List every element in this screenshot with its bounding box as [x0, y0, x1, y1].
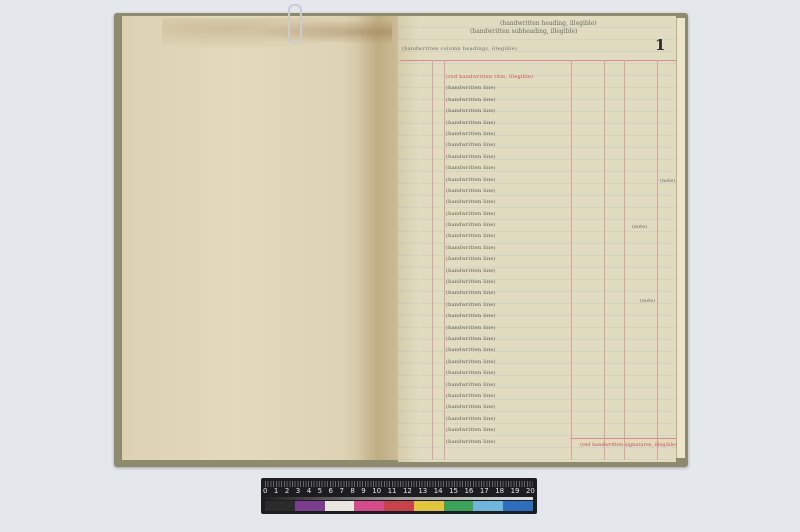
page-heading: (handwritten heading, illegible): [500, 20, 597, 27]
ruler-label: 15: [449, 487, 458, 495]
left-page: [122, 16, 398, 460]
page-subheading: (handwritten subheading, illegible): [470, 28, 577, 35]
paper-clip-icon: [288, 4, 302, 44]
column-rule: [624, 60, 625, 460]
entry-line: (handwritten line): [446, 437, 570, 448]
entry-line: (handwritten line): [446, 391, 570, 402]
gray-scale-strip: [265, 497, 533, 500]
entry-line: (handwritten line): [446, 311, 570, 322]
color-swatch: [354, 501, 384, 511]
entry-line: (handwritten line): [446, 186, 570, 197]
entry-line: (handwritten line): [446, 402, 570, 413]
color-swatches: [265, 501, 533, 511]
entry-line: (handwritten line): [446, 152, 570, 163]
page-edges: [676, 18, 685, 458]
ruler-label: 4: [307, 487, 311, 495]
entry-line: (handwritten line): [446, 380, 570, 391]
entry-line: (handwritten line): [446, 345, 570, 356]
entry-line: (handwritten line): [446, 220, 570, 231]
column-rule: [444, 60, 445, 460]
ruler-label: 13: [418, 487, 427, 495]
ruler-label: 19: [511, 487, 520, 495]
color-swatch: [325, 501, 355, 511]
ruler-label: 10: [372, 487, 381, 495]
ruler-label: 17: [480, 487, 489, 495]
column-rule: [571, 60, 572, 460]
gutter-stain: [358, 16, 398, 460]
margin-note: (note): [632, 224, 647, 230]
ruler-label: 2: [285, 487, 289, 495]
ruler-label: 8: [350, 487, 354, 495]
entry-line: (handwritten line): [446, 209, 570, 220]
color-swatch: [384, 501, 414, 511]
color-swatch: [265, 501, 295, 511]
color-scale-ruler: 0 1 2 3 4 5 6 7 8 9 10 11 12 13 14 15 16…: [261, 478, 537, 514]
ruler-label: 11: [388, 487, 397, 495]
column-rule: [657, 60, 658, 460]
entry-line: (handwritten line): [446, 106, 570, 117]
ruler-label: 1: [274, 487, 278, 495]
entry-line: (handwritten line): [446, 231, 570, 242]
ruler-label: 5: [318, 487, 322, 495]
ruler-label: 18: [495, 487, 504, 495]
entry-line: (handwritten line): [446, 277, 570, 288]
entry-line: (handwritten line): [446, 243, 570, 254]
ruler-label: 3: [296, 487, 300, 495]
ruler-label: 12: [403, 487, 412, 495]
margin-note: (note): [640, 298, 655, 304]
color-swatch: [503, 501, 533, 511]
entry-line: (handwritten line): [446, 118, 570, 129]
color-swatch: [414, 501, 444, 511]
ruler-label: 14: [434, 487, 443, 495]
margin-note: (note): [660, 178, 675, 184]
header-rule: [400, 60, 676, 61]
entry-line: (handwritten line): [446, 175, 570, 186]
ruler-label: 16: [464, 487, 473, 495]
ruler-label: 20: [526, 487, 535, 495]
color-swatch: [444, 501, 474, 511]
entry-line: (handwritten line): [446, 288, 570, 299]
column-rule: [432, 60, 433, 460]
entry-line: (handwritten line): [446, 323, 570, 334]
footer-rule: [570, 438, 676, 439]
entry-line: (handwritten line): [446, 334, 570, 345]
entry-line: (handwritten line): [446, 254, 570, 265]
entry-title: (red handwritten title, illegible): [446, 72, 570, 83]
column-headers: (handwritten column headings, illegible): [402, 46, 672, 52]
ruler-label: 0: [263, 487, 267, 495]
entry-line: (handwritten line): [446, 95, 570, 106]
ruler-labels: 0 1 2 3 4 5 6 7 8 9 10 11 12 13 14 15 16…: [263, 487, 535, 495]
color-swatch: [295, 501, 325, 511]
entry-line: (handwritten line): [446, 163, 570, 174]
footer-signatures: (red handwritten signatures, illegible): [580, 442, 677, 448]
entry-line: (handwritten line): [446, 140, 570, 151]
column-rule: [604, 60, 605, 460]
entry-line: (handwritten line): [446, 425, 570, 436]
entry-line: (handwritten line): [446, 300, 570, 311]
color-swatch: [473, 501, 503, 511]
ledger-entries: (red handwritten title, illegible) (hand…: [446, 72, 570, 448]
entry-line: (handwritten line): [446, 414, 570, 425]
entry-line: (handwritten line): [446, 129, 570, 140]
entry-line: (handwritten line): [446, 197, 570, 208]
entry-line: (handwritten line): [446, 368, 570, 379]
ruler-label: 9: [361, 487, 365, 495]
entry-line: (handwritten line): [446, 357, 570, 368]
entry-line: (handwritten line): [446, 83, 570, 94]
ruler-label: 7: [339, 487, 343, 495]
ruler-label: 6: [329, 487, 333, 495]
entry-line: (handwritten line): [446, 266, 570, 277]
